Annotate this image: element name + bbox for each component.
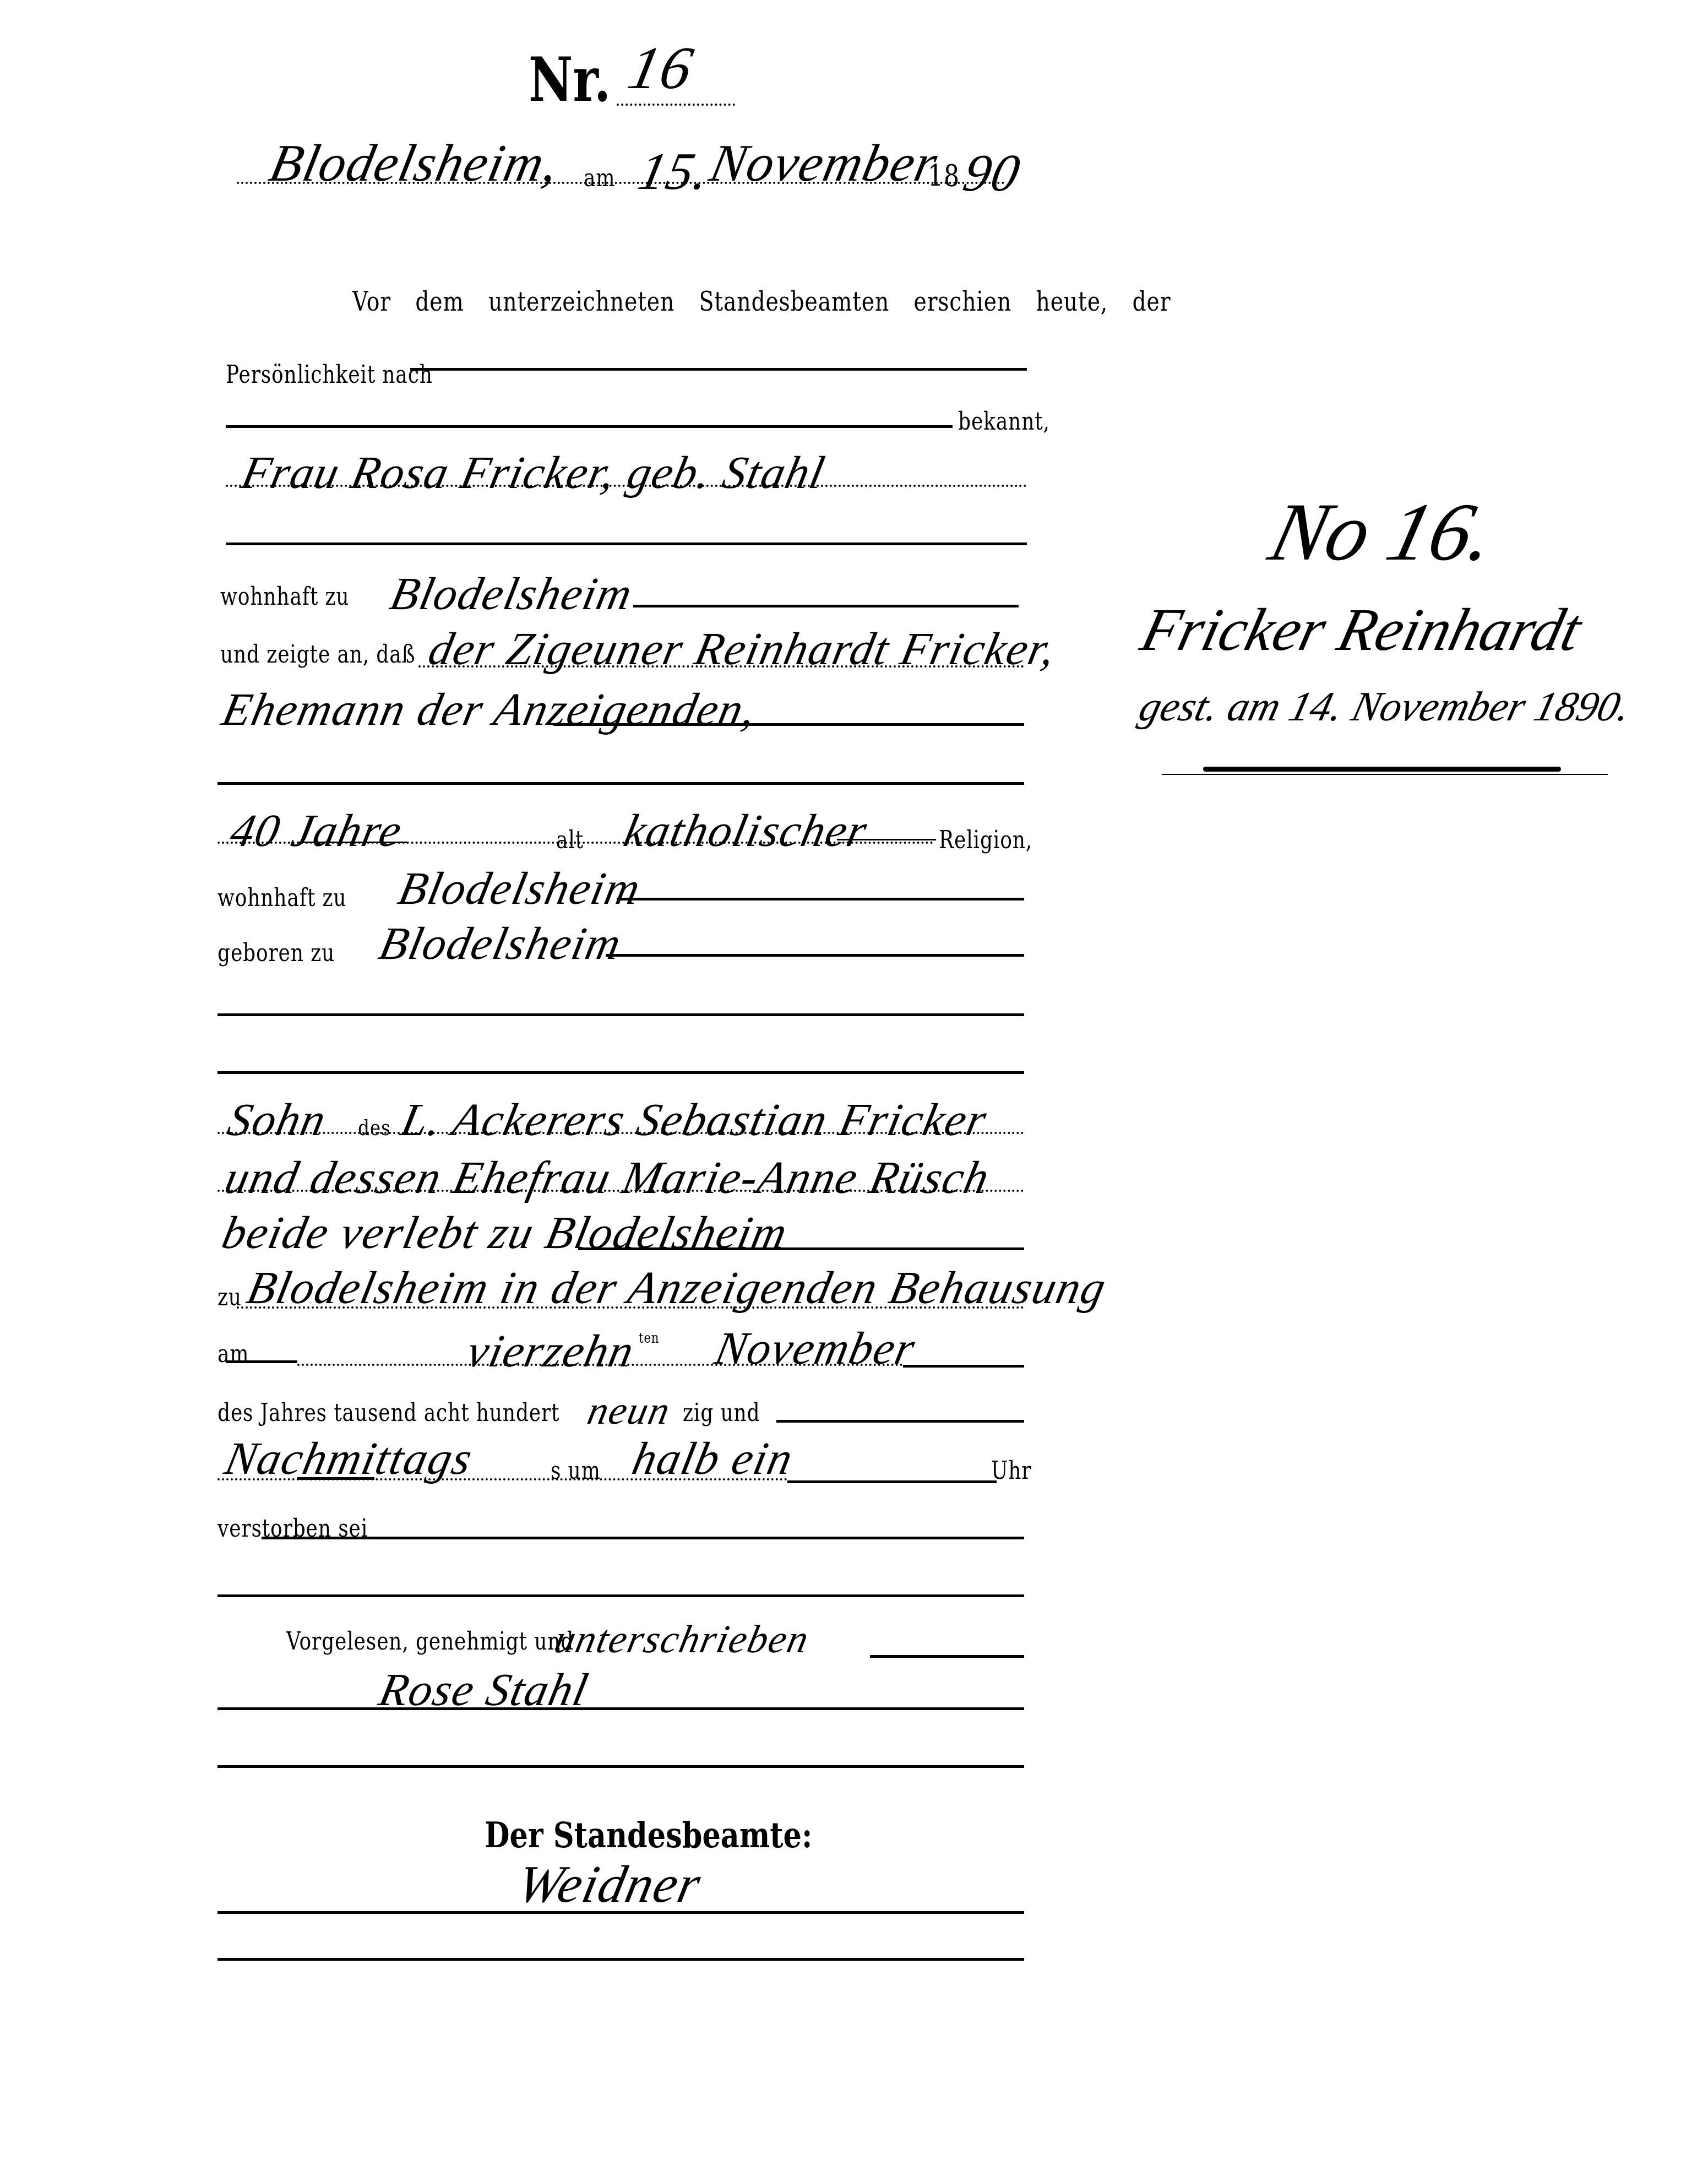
record-day: 15. — [633, 140, 716, 202]
death-day-suffix: ten — [639, 1330, 659, 1347]
announcement-line-2-rule — [553, 723, 1024, 726]
parents-father: L. Ackerers Sebastian Fricker — [396, 1093, 992, 1147]
death-date-line-b — [903, 1365, 1024, 1368]
record-place: Blodelsheim, — [264, 132, 565, 193]
margin-underline-thin — [1162, 774, 1608, 775]
identity-label: Persönlichkeit nach — [226, 361, 433, 389]
religion-line — [837, 839, 936, 840]
time-value: halb ein — [628, 1432, 798, 1485]
year-label: des Jahres tausend acht hundert — [217, 1399, 559, 1427]
age-religion-underline — [217, 842, 933, 844]
death-date-underline — [297, 1364, 903, 1366]
year-suffix: zig und — [683, 1399, 760, 1427]
birthplace-label: geboren zu — [217, 939, 335, 967]
record-year-prefix: 18 — [928, 159, 960, 193]
death-place-underline — [237, 1306, 1024, 1309]
margin-record-number: No 16. — [1261, 485, 1505, 579]
declarant-signature-line — [217, 1707, 1024, 1710]
religion-label: Religion, — [939, 826, 1032, 854]
intro-text: Vor dem unterzeichneten Standesbeamten e… — [352, 286, 1171, 317]
death-date-line-a — [226, 1360, 297, 1363]
margin-name: Fricker Reinhardt — [1134, 595, 1589, 665]
time-line-b — [787, 1480, 997, 1483]
record-number-value: 16 — [622, 33, 700, 103]
announcement-line-1: der Zigeuner Reinhardt Fricker, — [424, 622, 1061, 676]
announcement-line-2: Ehemann der Anzeigenden, — [217, 683, 762, 736]
blank-line-5 — [217, 1594, 1024, 1597]
record-number-label: Nr. — [529, 44, 611, 115]
age-alt-label: alt — [556, 826, 584, 854]
residence-line — [633, 605, 1019, 607]
deceased-residence-line — [617, 898, 1024, 900]
parents-line-3 — [578, 1247, 1024, 1250]
approval-label: Vorgelesen, genehmigt und — [286, 1628, 574, 1656]
registrar-title: Der Standesbeamte: — [485, 1815, 812, 1856]
deceased-religion: katholischer — [619, 804, 873, 858]
declarant-name: Frau Rosa Fricker, geb. Stahl — [237, 446, 830, 500]
parents-underline-1 — [217, 1132, 1024, 1134]
deceased-residence-value: Blodelsheim — [394, 862, 646, 915]
declarant-underline — [226, 485, 1027, 487]
birthplace-line — [606, 954, 1024, 957]
approval-line — [870, 1655, 1024, 1658]
residence-label: wohnhaft zu — [220, 583, 349, 611]
verstorben-line — [262, 1537, 1024, 1539]
identity-suffix: bekannt, — [958, 408, 1050, 436]
identity-line-2 — [226, 425, 953, 428]
time-underline — [217, 1478, 787, 1480]
blank-line-3 — [217, 1013, 1024, 1016]
year-decade: neun — [584, 1388, 675, 1434]
death-date-on-label: am — [217, 1340, 249, 1368]
number-underline — [617, 104, 735, 106]
parents-sohn: Sohn — [223, 1093, 331, 1147]
death-day: vierzehn — [463, 1325, 639, 1378]
approval-value: unterschrieben — [551, 1616, 814, 1662]
place-date-underline — [237, 182, 1005, 184]
parents-mother: und dessen Ehefrau Marie-Anne Rüsch — [220, 1151, 994, 1205]
parents-underline-2 — [217, 1190, 1024, 1192]
blank-line — [226, 542, 1027, 545]
identity-line — [410, 368, 1027, 371]
registrar-signature: Weidner — [512, 1853, 707, 1914]
margin-death-status: gest. am 14. November 1890. — [1134, 683, 1635, 731]
record-year-suffix: 90 — [958, 142, 1026, 203]
parents-deceased-place: beide verlebt zu Blodelsheim — [217, 1206, 793, 1260]
year-line — [776, 1420, 1024, 1423]
announcement-label: und zeigte an, daß — [220, 641, 416, 669]
death-month: November — [710, 1322, 921, 1375]
blank-line-6 — [217, 1765, 1024, 1768]
blank-line-2 — [217, 782, 1024, 785]
record-month: November — [705, 132, 944, 193]
birthplace-value: Blodelsheim — [374, 917, 627, 970]
parents-des: des — [358, 1115, 391, 1141]
blank-line-4 — [217, 1071, 1024, 1074]
time-um-label: s um — [551, 1457, 601, 1485]
deceased-age: 40 Jahre — [226, 804, 407, 858]
deceased-residence-label: wohnhaft zu — [217, 884, 346, 912]
margin-underline-thick — [1203, 767, 1561, 772]
time-uhr-label: Uhr — [991, 1457, 1031, 1485]
announcement-underline — [418, 665, 1024, 668]
registrar-bottom-line — [217, 1958, 1024, 1961]
date-on-label: am — [584, 164, 615, 192]
residence-value: Blodelsheim — [385, 567, 638, 621]
registrar-signature-line — [217, 1911, 1024, 1914]
